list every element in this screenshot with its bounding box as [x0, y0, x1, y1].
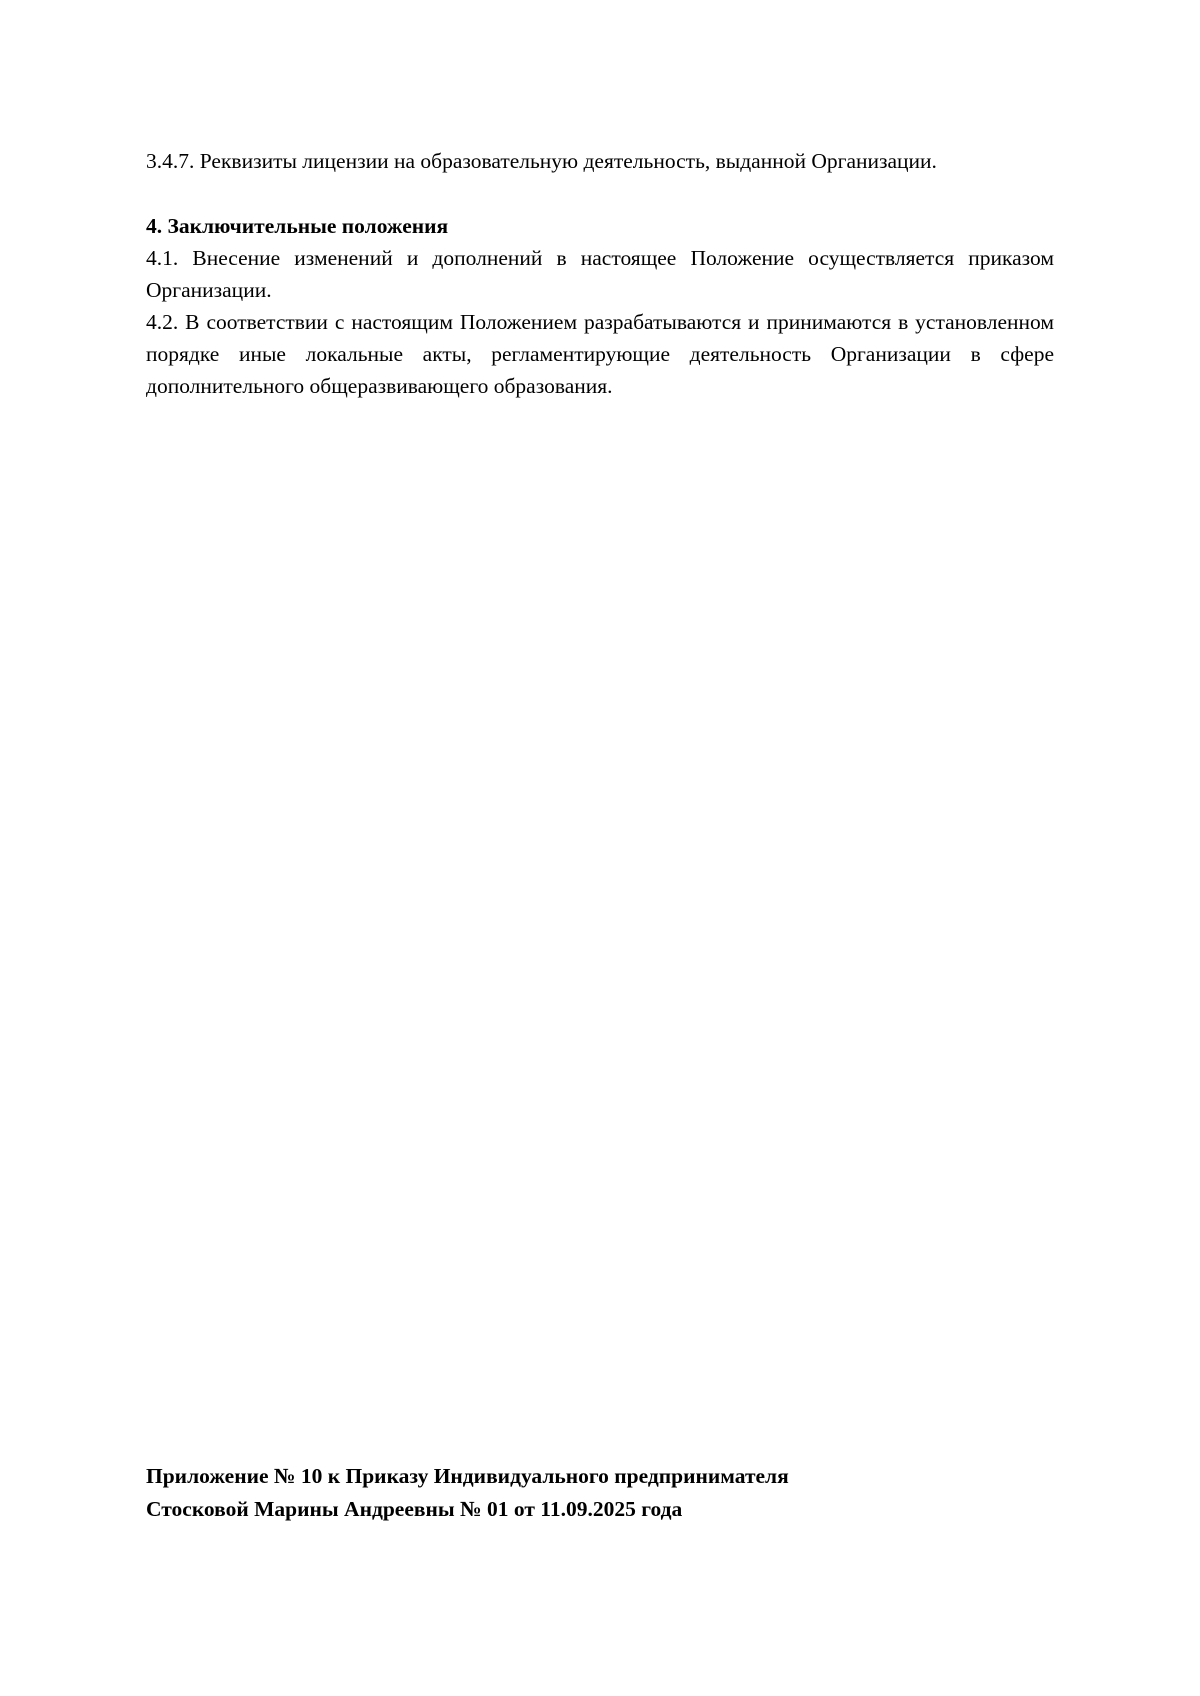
- section-heading: 4. Заключительные положения: [146, 210, 1054, 242]
- footer-line-1: Приложение № 10 к Приказу Индивидуальног…: [146, 1460, 1054, 1493]
- item-3-4-7: 3.4.7. Реквизиты лицензии на образовател…: [146, 145, 1054, 177]
- intro-block: 3.4.7. Реквизиты лицензии на образовател…: [146, 145, 1054, 177]
- paragraph-4-1: 4.1. Внесение изменений и дополнений в н…: [146, 242, 1054, 306]
- appendix-footer: Приложение № 10 к Приказу Индивидуальног…: [146, 1460, 1054, 1526]
- section-final-provisions: 4. Заключительные положения 4.1. Внесени…: [146, 210, 1054, 402]
- paragraph-4-2: 4.2. В соответствии с настоящим Положени…: [146, 306, 1054, 402]
- footer-line-2: Стосковой Марины Андреевны № 01 от 11.09…: [146, 1493, 1054, 1526]
- document-page: 3.4.7. Реквизиты лицензии на образовател…: [0, 0, 1200, 1696]
